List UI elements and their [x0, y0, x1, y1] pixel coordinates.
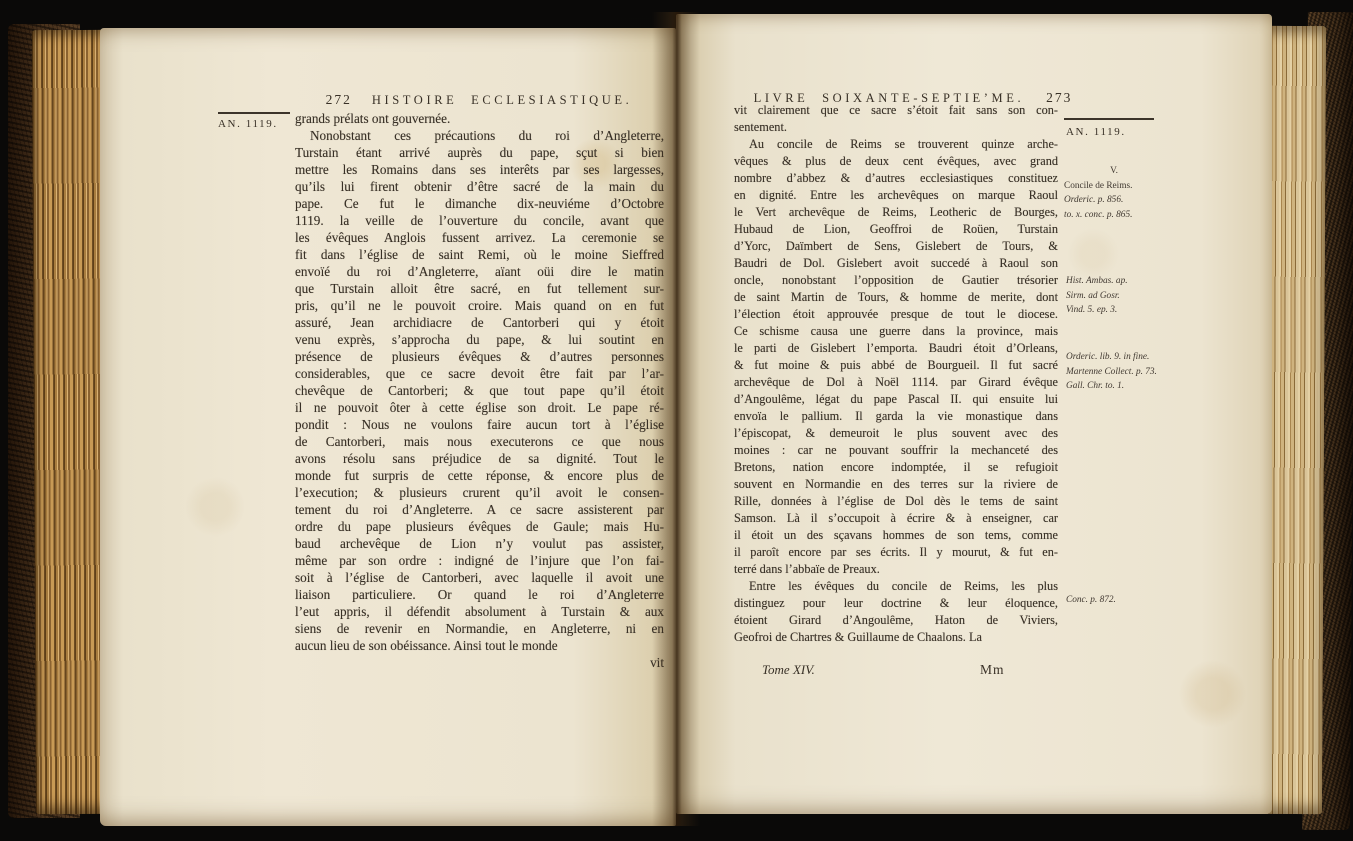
- photo-background: 272 HISTOIRE ECCLESIASTIQUE. AN. 1119. g…: [0, 0, 1353, 841]
- right-margin-rule: [1064, 118, 1154, 120]
- text-line: moines : car ne pouvant souffrir la mech…: [734, 442, 1058, 459]
- text-line: ordre du pape plusieurs évêques de Gaule…: [295, 518, 664, 535]
- text-line: qu’ils lui firent obtenir d’être sacré d…: [295, 178, 664, 195]
- text-line: liaison particuliere. Or quand le roi d’…: [295, 586, 664, 603]
- text-line: 1119. la veille de l’ouverture du concil…: [295, 212, 664, 229]
- text-line: monde fut surpris de cette réponse, & en…: [295, 467, 664, 484]
- margin-note-line: V.: [1064, 166, 1164, 178]
- text-line: Hubaud de Lion, Geoffroi de Roüen, Turst…: [734, 221, 1058, 238]
- text-line: vêques & plus de deux cent évêques, avec…: [734, 153, 1058, 170]
- left-margin-rule: [218, 112, 290, 114]
- text-line: d’Angoulême, légat du pape Pascal II. qu…: [734, 391, 1058, 408]
- text-line: envoïé du roi d’Angleterre, aïant oüi di…: [295, 263, 664, 280]
- left-running-title: HISTOIRE ECCLESIASTIQUE.: [372, 93, 633, 108]
- text-line: en dignité. Entre les archevêques on mar…: [734, 187, 1058, 204]
- text-line: soit à l’église de Cantorberi, avec laqu…: [295, 569, 664, 586]
- text-line: avons résolu sans préjudice de sa dignit…: [295, 450, 664, 467]
- text-line: envoïa le pallium. Il garda la vie monas…: [734, 408, 1058, 425]
- margin-note-line: Orderic. p. 856.: [1064, 195, 1164, 207]
- margin-note-line: Hist. Ambas. ap.: [1066, 276, 1166, 288]
- text-line: sentement.: [734, 119, 1058, 136]
- text-line: vit clairement que ce sacre s’étoit fait…: [734, 102, 1058, 119]
- right-page-footer: Tome XIV. Mm: [734, 662, 1058, 680]
- margin-note-line: Vind. 5. ep. 3.: [1066, 305, 1166, 317]
- text-line: grands prélats ont gouvernée.: [295, 110, 664, 127]
- text-line: Nonobstant ces précautions du roi d’Angl…: [295, 127, 664, 144]
- text-line: que Turstain alloit être sacré, en fut t…: [295, 280, 664, 297]
- text-line: les évêques Anglois fussent arrivez. La …: [295, 229, 664, 246]
- text-line: vit: [295, 654, 664, 671]
- text-line: archevêque de Dol à Noël 1114. par Girar…: [734, 374, 1058, 391]
- tome-label: Tome XIV.: [762, 662, 815, 678]
- text-line: mettre les Romains dans ses interêts par…: [295, 161, 664, 178]
- text-line: Ce schisme causa une guerre dans la prov…: [734, 323, 1058, 340]
- margin-note-line: Concile de Reims.: [1064, 181, 1164, 193]
- text-line: terré dans l’abbaïe de Preaux.: [734, 561, 1058, 578]
- margin-note-line: Conc. p. 872.: [1066, 595, 1166, 607]
- text-line: & fut moine & puis abbé de Bourgueil. Il…: [734, 357, 1058, 374]
- text-line: Turstain étant arrivé auprès du pape, sç…: [295, 144, 664, 161]
- text-line: le Vert archevêque de Reims, Leotheric d…: [734, 204, 1058, 221]
- text-line: souvent en Normandie en des terres sur l…: [734, 476, 1058, 493]
- text-line: l’execution; & plusieurs crurent qu’il a…: [295, 484, 664, 501]
- text-line: Au concile de Reims se trouverent quinze…: [734, 136, 1058, 153]
- text-line: pape. Ce fut le dimanche dix-neuviéme d’…: [295, 195, 664, 212]
- text-line: d’Yorc, Daïmbert de Sens, Gislebert de T…: [734, 238, 1058, 255]
- text-line: Geofroi de Chartres & Guillaume de Chaal…: [734, 629, 1058, 646]
- text-line: Baudri de Dol. Gislebert avoit succedé à…: [734, 255, 1058, 272]
- text-line: baud archevêque de Lion n’y voulut pas a…: [295, 535, 664, 552]
- margin-note-line: Martenne Collect. p. 73.: [1066, 367, 1166, 379]
- text-line: étoient Girard d’Angoulême, Haton de Viv…: [734, 612, 1058, 629]
- margin-note-hist-ambas: Hist. Ambas. ap.Sirm. ad Gosr.Vind. 5. e…: [1066, 276, 1166, 320]
- text-line: présence de plusieurs évêques & d’autres…: [295, 348, 664, 365]
- text-line: considerables, que ce sacre devoit être …: [295, 365, 664, 382]
- text-line: assuré, Jean archidiacre de Cantorberi q…: [295, 314, 664, 331]
- text-line: distinguez pour leur doctrine & leur élo…: [734, 595, 1058, 612]
- text-line: oncle, nonobstant l’opposition de Gautie…: [734, 272, 1058, 289]
- text-line: pris, qu’il ne le pouvoit croire. Mais q…: [295, 297, 664, 314]
- left-year-note: AN. 1119.: [218, 118, 278, 130]
- text-line: tement du roi d’Angleterre. A ce sacre a…: [295, 501, 664, 518]
- left-page-body-text: grands prélats ont gouvernée.Nonobstant …: [295, 110, 664, 671]
- text-line: de saint Martin de Tours, & homme de mer…: [734, 289, 1058, 306]
- text-line: aucun lieu de son obéissance. Ainsi tout…: [295, 637, 664, 654]
- margin-note-line: to. x. conc. p. 865.: [1064, 210, 1164, 222]
- margin-note-line: Sirm. ad Gosr.: [1066, 291, 1166, 303]
- text-line: l’élection étoit approuvée presque de to…: [734, 306, 1058, 323]
- text-line: il ne pouvoit ôter à cette église son dr…: [295, 399, 664, 416]
- text-line: le parti de Gislebert l’emporta. Baudri …: [734, 340, 1058, 357]
- text-line: fit dans l’église de saint Remi, où le m…: [295, 246, 664, 263]
- text-line: chevêque de Cantorberi; & que tout pape …: [295, 382, 664, 399]
- right-page: LIVRE SOIXANTE-SEPTIE’ME. 273 AN. 1119. …: [676, 14, 1272, 814]
- margin-note-line: Orderic. lib. 9. in fine.: [1066, 352, 1166, 364]
- left-running-head: 272 HISTOIRE ECCLESIASTIQUE.: [293, 92, 665, 108]
- text-line: l’eut appris, il défendit absolument à T…: [295, 603, 664, 620]
- margin-note-orderic-martenne: Orderic. lib. 9. in fine.Martenne Collec…: [1066, 352, 1166, 396]
- text-line: Samson. Là il s’occupoit à écrire & à en…: [734, 510, 1058, 527]
- text-line: il étoit un des sçavans hommes de son te…: [734, 527, 1058, 544]
- margin-note-concile-de-reims: V.Concile de Reims.Orderic. p. 856.to. x…: [1064, 166, 1164, 224]
- text-line: Entre les évêques du concile de Reims, l…: [734, 578, 1058, 595]
- text-line: l’épiscopat, & demeuroit le plus souvent…: [734, 425, 1058, 442]
- text-line: nombre d’abbez & d’autres ecclesiastique…: [734, 170, 1058, 187]
- right-page-body-text: vit clairement que ce sacre s’étoit fait…: [734, 102, 1058, 646]
- text-line: siens de revenir en Normandie, en Anglet…: [295, 620, 664, 637]
- margin-note-conc: Conc. p. 872.: [1066, 595, 1166, 610]
- text-line: de Cantorberi, mais nous executerons ce …: [295, 433, 664, 450]
- text-line: Bretons, nation encore indomptée, il se …: [734, 459, 1058, 476]
- text-line: Rille, données à l’église de Dol dès le …: [734, 493, 1058, 510]
- left-page-number: 272: [326, 92, 352, 108]
- margin-note-line: Gall. Chr. to. 1.: [1066, 381, 1166, 393]
- right-year-note: AN. 1119.: [1066, 126, 1126, 138]
- text-line: venu exprès, s’approcha du pape, & lui s…: [295, 331, 664, 348]
- signature-mark: Mm: [980, 662, 1005, 678]
- text-line: pondit : Nous ne voulons faire aucun tor…: [295, 416, 664, 433]
- left-page: 272 HISTOIRE ECCLESIASTIQUE. AN. 1119. g…: [100, 28, 676, 826]
- text-line: il paroît encore par ses écrits. Il y mo…: [734, 544, 1058, 561]
- text-line: même par son ordre : indigné de l’injure…: [295, 552, 664, 569]
